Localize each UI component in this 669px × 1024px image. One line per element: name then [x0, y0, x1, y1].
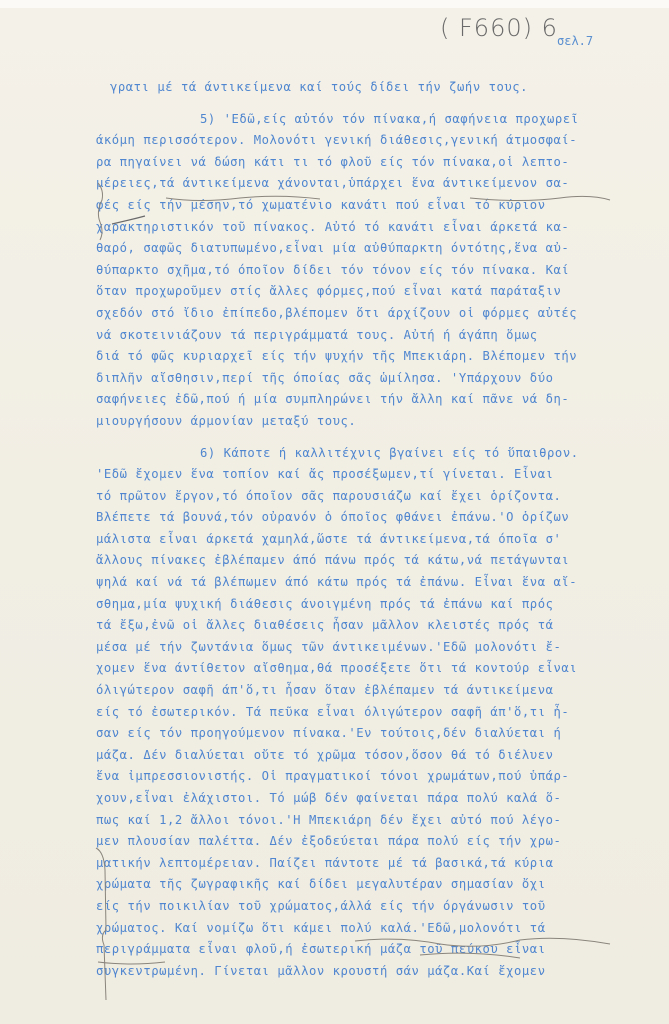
paragraph-line: χαρακτηριστικόν τοῦ πίνακος. Αὐτό τό καν…: [96, 217, 656, 239]
page-number: σελ.7: [557, 34, 593, 48]
paragraph-line: τά ἔξω,ἐνῶ οἱ ἄλλες διαθέσεις ἦσαν μᾶλλο…: [96, 615, 656, 637]
paragraph-line: ρα πηγαίνει νά δώση κάτι τι τό φλοῦ είς …: [96, 152, 656, 174]
section-5: 5) 'Εδῶ,είς αὐτόν τόν πίνακα,ή σαφήνεια …: [96, 109, 656, 433]
paragraph-line: τό πρῶτον ἔργον,τό όποῖον σᾶς παρουσιάζω…: [96, 486, 656, 508]
paragraph-line: περιγράμματα εἶναι φλοῦ,ή ἐσωτερική μάζα…: [96, 939, 656, 961]
paragraph-line: ἕνα ἰμπρεσσιονιστής. Οἱ πραγματικοί τόνο…: [96, 766, 656, 788]
document-body: γρατι μέ τά άντικείμενα καί τούς δίδει τ…: [96, 77, 656, 982]
paragraph-line: είς τήν ποικιλίαν τοῦ χρώματος,άλλά είς …: [96, 896, 656, 918]
paragraph-line: σθημα,μία ψυχική διάθεσις άνοιγμένη πρός…: [96, 594, 656, 616]
paragraph-line: θαρό, σαφῶς διατυπωμένο,εἶναι μία αὐθύπα…: [96, 238, 656, 260]
paragraph-line: σαφήνειες ἐδῶ,πού ή μία συμπληρώνει τήν …: [96, 389, 656, 411]
opening-line: γρατι μέ τά άντικείμενα καί τούς δίδει τ…: [96, 77, 656, 99]
paragraph-line: θύπαρκτο σχῆμα,τό όποῖον δίδει τόν τόνον…: [96, 260, 656, 282]
paragraph-line: χομεν ἕνα άντίθετον αἴσθημα,θά προσέξετε…: [96, 658, 656, 680]
paragraph-line: διά τό φῶς κυριαρχεῖ είς τήν ψυχήν τῆς Μ…: [96, 346, 656, 368]
paragraph-line: σαν είς τόν προηγούμενον πίνακα.'Εν τούτ…: [96, 723, 656, 745]
paragraph-line: χρώματος. Καί νομίζω ὅτι κάμει πολύ καλά…: [96, 918, 656, 940]
paragraph-line: μέρειες,τά άντικείμενα χάνονται,ὑπάρχει …: [96, 173, 656, 195]
paragraph-line: διπλῆν αἴσθησιν,περί τῆς όποίας σᾶς ὡμίλ…: [96, 368, 656, 390]
paragraph-line: Βλέπετε τά βουνά,τόν οὐρανόν ὁ όποῖος φθ…: [96, 507, 656, 529]
paragraph-line: 5) 'Εδῶ,είς αὐτόν τόν πίνακα,ή σαφήνεια …: [96, 109, 656, 131]
section-6: 6) Κάποτε ή καλλιτέχνις βγαίνει είς τό ὕ…: [96, 443, 656, 983]
paragraph-line: ψηλά καί νά τά βλέπωμεν άπό κάτω πρός τά…: [96, 572, 656, 594]
paragraph-line: πως καί 1,2 ἄλλοι τόνοι.'Η Μπεκιάρη δέν …: [96, 810, 656, 832]
paragraph-line: μιουργήσουν άρμονίαν μεταξύ τους.: [96, 411, 656, 433]
archive-reference-handwritten: ( F660) 6: [440, 14, 558, 42]
paragraph-line: φές είς τήν μέσην,τό χωματένιο κανάτι πο…: [96, 195, 656, 217]
paragraph-line: ὅταν προχωροῦμεν στίς ἄλλες φόρμες,πού ε…: [96, 281, 656, 303]
paragraph-line: μεν πλουσίαν παλέττα. Δέν ἐξοδεύεται πάρ…: [96, 831, 656, 853]
paragraph-line: χρώματα τῆς ζωγραφικῆς καί δίδει μεγαλυτ…: [96, 874, 656, 896]
paragraph-line: είς τό ἐσωτερικόν. Τά πεῦκα εἶναι όλιγώτ…: [96, 702, 656, 724]
paragraph-line: 6) Κάποτε ή καλλιτέχνις βγαίνει είς τό ὕ…: [96, 443, 656, 465]
paragraph-line: ματικήν λεπτομέρειαν. Παίζει πάντοτε μέ …: [96, 853, 656, 875]
paragraph-line: μάλιστα εἶναι άρκετά χαμηλά,ὥστε τά άντι…: [96, 529, 656, 551]
paragraph-line: μάζα. Δέν διαλύεται οὔτε τό χρῶμα τόσον,…: [96, 745, 656, 767]
paragraph-line: άκόμη περισσότερον. Μολονότι γενική διάθ…: [96, 130, 656, 152]
paragraph-line: ἄλλους πίνακες ἐβλέπαμεν άπό πάνω πρός τ…: [96, 550, 656, 572]
paragraph-line: μέσα μέ τήν ζωντάνια ὅμως τῶν άντικειμέν…: [96, 637, 656, 659]
paragraph-line: σχεδόν στό ἴδιο ἐπίπεδο,βλέπομεν ὅτι άρχ…: [96, 303, 656, 325]
paragraph-line: συγκεντρωμένη. Γίνεται μᾶλλον κρουστή σά…: [96, 961, 656, 983]
paragraph-line: 'Εδῶ ἔχομεν ἕνα τοπίον καί ἄς προσέξωμεν…: [96, 464, 656, 486]
paragraph-line: χουν,εἶναι ἐλάχιστοι. Τό μώβ δέν φαίνετα…: [96, 788, 656, 810]
paragraph-line: νά σκοτεινιάζουν τά περιγράμματά τους. Α…: [96, 325, 656, 347]
paragraph-line: όλιγώτερον σαφῆ άπ'ὅ,τι ἦσαν ὅταν ἐβλέπα…: [96, 680, 656, 702]
